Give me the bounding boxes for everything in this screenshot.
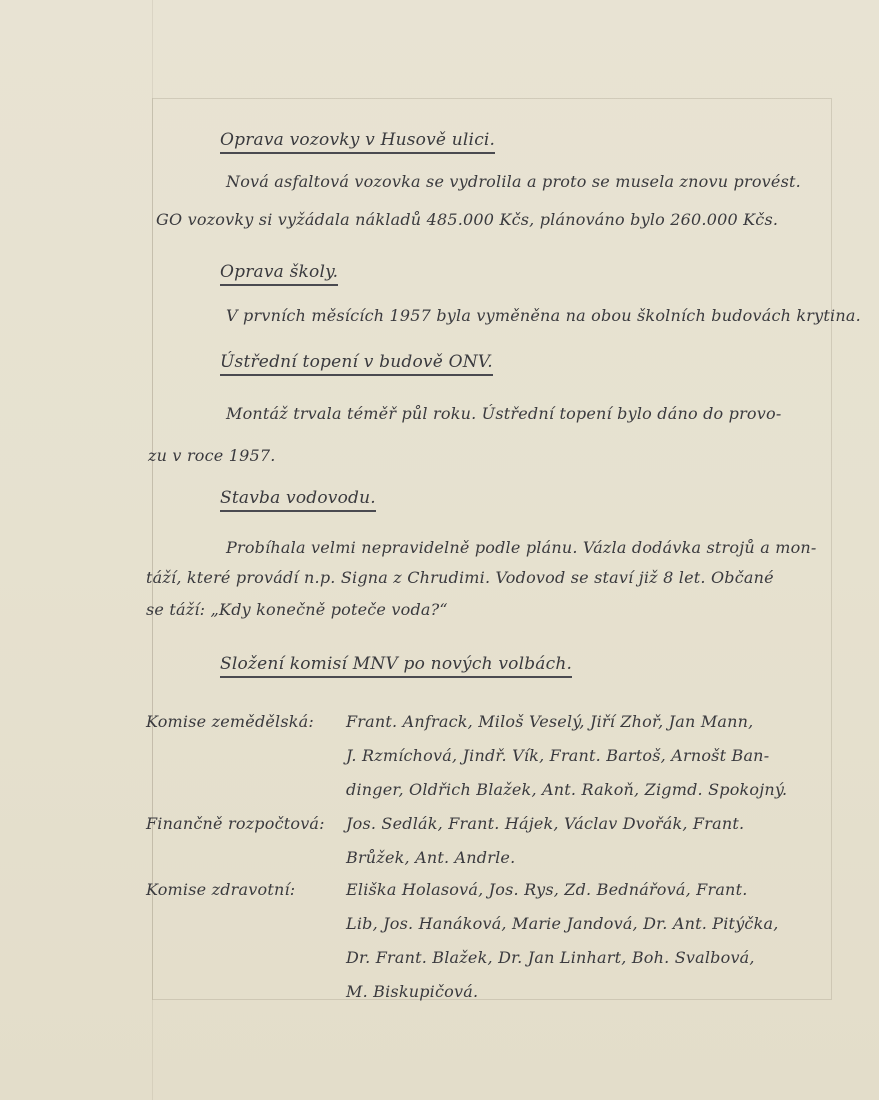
commission-members: Jos. Sedlák, Frant. Hájek, Václav Dvořák… <box>346 814 744 833</box>
text-line: táží, které provádí n.p. Signa z Chrudim… <box>146 568 774 587</box>
commission-members: M. Biskupičová. <box>346 982 478 1001</box>
text-line: V prvních měsících 1957 byla vyměněna na… <box>226 306 861 325</box>
section-heading-central-heating: Ústřední topení v budově ONV. <box>220 352 493 376</box>
text-line: Nová asfaltová vozovka se vydrolila a pr… <box>226 172 801 191</box>
section-heading-school-repair: Oprava školy. <box>220 262 338 286</box>
text-line: se táží: „Kdy konečně poteče voda?“ <box>146 600 448 619</box>
commission-members: dinger, Oldřich Blažek, Ant. Rakoň, Zigm… <box>346 780 787 799</box>
text-line: zu v roce 1957. <box>148 446 276 465</box>
commission-label-finance: Finančně rozpočtová: <box>146 814 325 833</box>
commission-members: Lib, Jos. Hanáková, Marie Jandová, Dr. A… <box>346 914 779 933</box>
commission-members: Brůžek, Ant. Andrle. <box>346 848 515 867</box>
text-line: GO vozovky si vyžádala nákladů 485.000 K… <box>156 210 778 229</box>
text-line: Montáž trvala téměř půl roku. Ústřední t… <box>226 404 781 423</box>
text-line: Probíhala velmi nepravidelně podle plánu… <box>226 538 817 557</box>
commission-members: Eliška Holasová, Jos. Rys, Zd. Bednářová… <box>346 880 747 899</box>
commission-members: J. Rzmíchová, Jindř. Vík, Frant. Bartoš,… <box>346 746 769 765</box>
commission-label-health: Komise zdravotní: <box>146 880 295 899</box>
section-heading-road-repair: Oprava vozovky v Husově ulici. <box>220 130 495 154</box>
commission-members: Dr. Frant. Blažek, Dr. Jan Linhart, Boh.… <box>346 948 755 967</box>
section-heading-water-supply: Stavba vodovodu. <box>220 488 376 512</box>
section-heading-commissions: Složení komisí MNV po nových volbách. <box>220 654 572 678</box>
paper-page: Oprava vozovky v Husově ulici. Nová asfa… <box>0 0 879 1100</box>
commission-members: Frant. Anfrack, Miloš Veselý, Jiří Zhoř,… <box>346 712 753 731</box>
commission-label-agriculture: Komise zemědělská: <box>146 712 314 731</box>
